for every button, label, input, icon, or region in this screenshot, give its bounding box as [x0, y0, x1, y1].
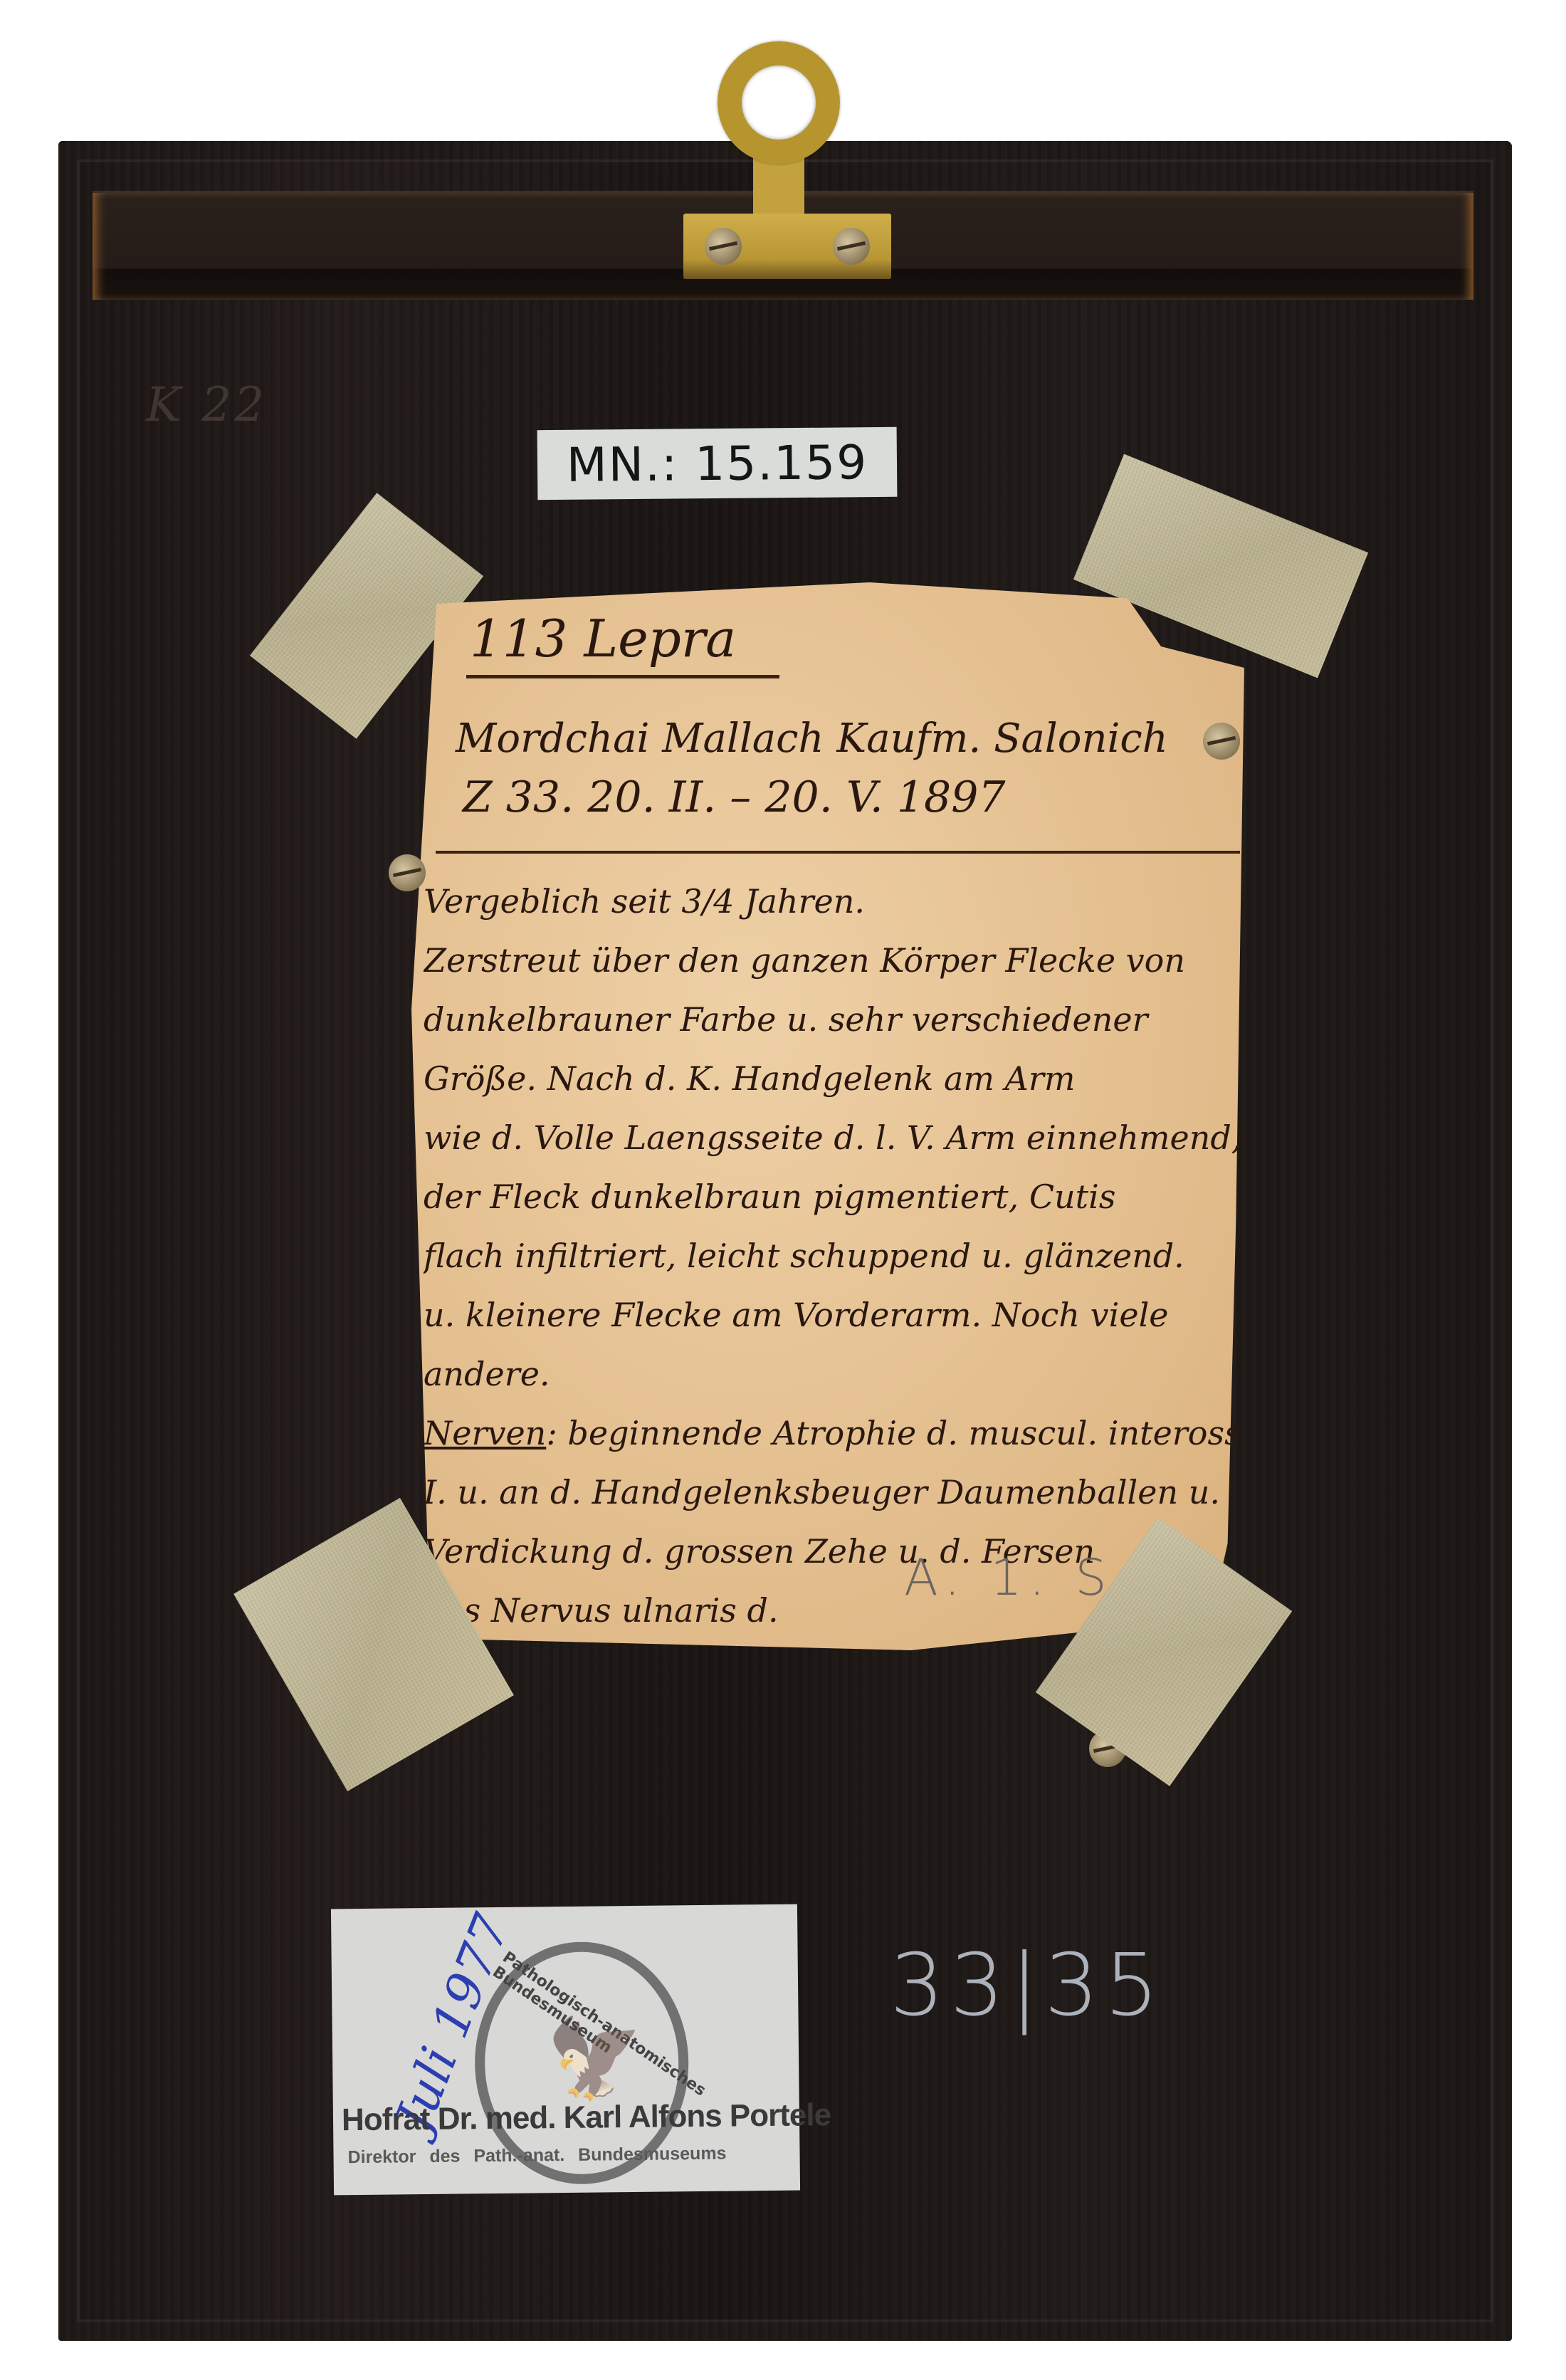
note-line: wie d. Volle Laengsseite d. l. V. Arm ei… — [424, 1108, 1242, 1168]
note-line: I. u. an d. Handgelenksbeuger Daumenball… — [424, 1463, 1242, 1522]
museum-stamp-label: Pathologisch-anatomisches Bundesmuseum 🦅… — [331, 1904, 800, 2196]
wire-screw-right-icon — [1203, 723, 1240, 760]
note-line: flach infiltriert, leicht schuppend u. g… — [424, 1227, 1242, 1286]
inventory-number-label: MN.: 15.159 — [537, 427, 898, 500]
note-line: Größe. Nach d. K. Handgelenk am Arm — [424, 1049, 1242, 1108]
note-line: der Fleck dunkelbraun pigmentiert, Cutis — [424, 1168, 1242, 1227]
note-patient: Mordchai Mallach Kaufm. Salonich — [456, 715, 1168, 762]
note-line: Zerstreut über den ganzen Körper Flecke … — [424, 931, 1242, 990]
note-line: dunkelbrauner Farbe u. sehr verschiedene… — [424, 990, 1242, 1049]
wire-screw-left-icon — [389, 854, 426, 891]
note-title: 113 Lepra — [470, 609, 736, 669]
brass-hanger-plate — [683, 214, 891, 279]
screw-icon — [833, 228, 870, 265]
pencil-mark: K 22 — [146, 377, 267, 432]
note-line: Vergeblich seit 3/4 Jahren. — [424, 872, 1242, 931]
brass-hanging-ring-icon — [718, 41, 840, 164]
title-underline — [466, 675, 779, 678]
austrian-eagle-icon: 🦅 — [545, 2013, 643, 2105]
note-line: Nerven: beginnende Atrophie d. muscul. i… — [424, 1404, 1242, 1463]
note-date: Z 33. 20. II. – 20. V. 1897 — [463, 772, 1006, 822]
note-line: andere. — [424, 1345, 1242, 1404]
underlined-heading: Nerven — [424, 1414, 546, 1452]
separator-rule — [436, 851, 1240, 854]
pencil-initials: A. 1. S — [904, 1548, 1114, 1607]
note-line: u. kleinere Flecke am Vorderarm. Noch vi… — [424, 1286, 1242, 1345]
stamp-name-line: Hofrat Dr. med. Karl Alfons Portele — [342, 2097, 831, 2138]
hanger-neck — [753, 157, 804, 221]
screw-icon — [705, 228, 742, 265]
stamp-title-line: Direktor des Path.-anat. Bundesmuseums — [347, 2144, 726, 2169]
chalk-number: 33|35 — [890, 1936, 1165, 2035]
note-body: Vergeblich seit 3/4 Jahren. Zerstreut üb… — [424, 872, 1242, 1640]
